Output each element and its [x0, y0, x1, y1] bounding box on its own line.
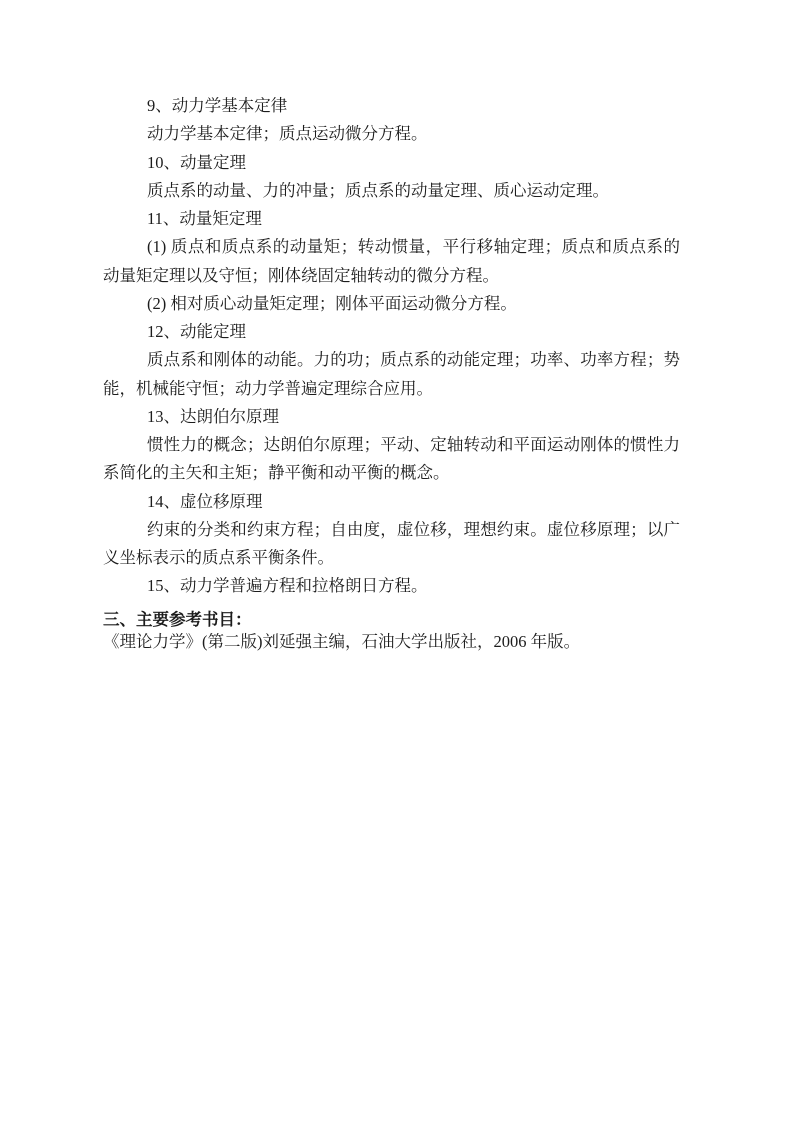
reference-entry: 《理论力学》(第二版)刘延强主编，石油大学出版社，2006 年版。: [103, 631, 680, 653]
document-content: 9、动力学基本定律 动力学基本定律；质点运动微分方程。 10、动量定理 质点系的…: [103, 92, 680, 653]
outline-item-13-title: 13、达朗伯尔原理: [103, 403, 680, 431]
outline-item-10-title: 10、动量定理: [103, 149, 680, 177]
outline-item-11-sub2: (2) 相对质心动量矩定理；刚体平面运动微分方程。: [103, 290, 680, 318]
reference-section-heading: 三、主要参考书目：: [103, 609, 680, 631]
syllabus-outline: 9、动力学基本定律 动力学基本定律；质点运动微分方程。 10、动量定理 质点系的…: [103, 92, 680, 601]
outline-item-11-sub1: (1) 质点和质点系的动量矩；转动惯量，平行移轴定理；质点和质点系的动量矩定理以…: [103, 233, 680, 290]
outline-item-12-title: 12、动能定理: [103, 318, 680, 346]
outline-item-14-body: 约束的分类和约束方程；自由度，虚位移，理想约束。虚位移原理；以广义坐标表示的质点…: [103, 516, 680, 573]
outline-item-10-body: 质点系的动量、力的冲量；质点系的动量定理、质心运动定理。: [103, 177, 680, 205]
document-page: 9、动力学基本定律 动力学基本定律；质点运动微分方程。 10、动量定理 质点系的…: [0, 0, 793, 1121]
reference-section: 三、主要参考书目： 《理论力学》(第二版)刘延强主编，石油大学出版社，2006 …: [103, 609, 680, 653]
outline-item-9-title: 9、动力学基本定律: [103, 92, 680, 120]
outline-item-14-title: 14、虚位移原理: [103, 488, 680, 516]
outline-item-12-body: 质点系和刚体的动能。力的功；质点系的动能定理；功率、功率方程；势能，机械能守恒；…: [103, 346, 680, 403]
outline-item-13-body: 惯性力的概念；达朗伯尔原理；平动、定轴转动和平面运动刚体的惯性力系简化的主矢和主…: [103, 431, 680, 488]
outline-item-9-body: 动力学基本定律；质点运动微分方程。: [103, 120, 680, 148]
outline-item-15: 15、动力学普遍方程和拉格朗日方程。: [103, 572, 680, 600]
outline-item-11-title: 11、动量矩定理: [103, 205, 680, 233]
